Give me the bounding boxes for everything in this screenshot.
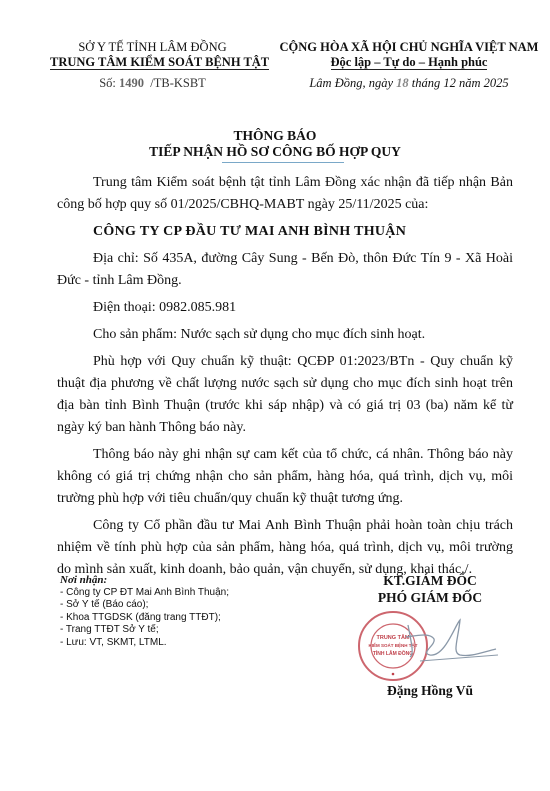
- recipient-item: - Trang TTĐT Sở Y tế;: [60, 624, 300, 637]
- conformity-paragraph: Phù hợp với Quy chuẩn kỹ thuật: QCĐP 01:…: [57, 351, 513, 439]
- signature-title-2: PHÓ GIÁM ĐỐC: [360, 589, 500, 606]
- signature-scribble-icon: [400, 615, 500, 665]
- recipient-item: - Khoa TTGDSK (đăng trang TTĐT);: [60, 612, 300, 625]
- recipient-item: - Lưu: VT, SKMT, LTML.: [60, 637, 300, 650]
- document-title: THÔNG BÁO TIẾP NHẬN HỒ SƠ CÔNG BỐ HỢP QU…: [0, 128, 550, 160]
- product-paragraph: Cho sản phẩm: Nước sạch sử dụng cho mục …: [57, 324, 513, 346]
- recipients: Nơi nhận: - Công ty CP ĐT Mai Anh Bình T…: [60, 574, 300, 649]
- issue-date: Lâm Đồng, ngày 18 tháng 12 năm 2025: [275, 76, 543, 91]
- commitment-paragraph: Thông báo này ghi nhận sự cam kết của tổ…: [57, 444, 513, 510]
- agency-name: TRUNG TÂM KIỂM SOÁT BỆNH TẬT: [50, 55, 255, 70]
- day-value: 18: [396, 76, 409, 90]
- recipient-item: - Công ty CP ĐT Mai Anh Bình Thuận;: [60, 587, 300, 600]
- signature-title-1: KT.GIÁM ĐỐC: [360, 572, 500, 589]
- recipients-heading: Nơi nhận:: [60, 574, 300, 587]
- body: Trung tâm Kiểm soát bệnh tật tỉnh Lâm Đồ…: [57, 172, 513, 581]
- motto: Độc lập – Tự do – Hạnh phúc: [275, 55, 543, 70]
- intro-paragraph: Trung tâm Kiểm soát bệnh tật tỉnh Lâm Đồ…: [57, 172, 513, 216]
- address-paragraph: Địa chỉ: Số 435A, đường Cây Sung - Bến Đ…: [57, 248, 513, 292]
- company-name: CÔNG TY CP ĐẦU TƯ MAI ANH BÌNH THUẬN: [57, 221, 513, 243]
- nation-name: CỘNG HÒA XÃ HỘI CHỦ NGHĨA VIỆT NAM: [275, 40, 543, 55]
- header-right: CỘNG HÒA XÃ HỘI CHỦ NGHĨA VIỆT NAM Độc l…: [275, 40, 543, 91]
- document-number: Số: 1490 /TB-KSBT: [50, 76, 255, 91]
- signer-name: Đặng Hồng Vũ: [360, 683, 500, 699]
- number-value: 1490: [119, 76, 144, 90]
- header-left: SỞ Y TẾ TỈNH LÂM ĐỒNG TRUNG TÂM KIỂM SOÁ…: [50, 40, 255, 91]
- ministry-name: SỞ Y TẾ TỈNH LÂM ĐỒNG: [50, 40, 255, 55]
- phone-paragraph: Điện thoại: 0982.085.981: [57, 297, 513, 319]
- recipient-item: - Sở Y tế (Báo cáo);: [60, 599, 300, 612]
- title-divider: [222, 162, 344, 163]
- signature-block: KT.GIÁM ĐỐC PHÓ GIÁM ĐỐC: [360, 572, 500, 606]
